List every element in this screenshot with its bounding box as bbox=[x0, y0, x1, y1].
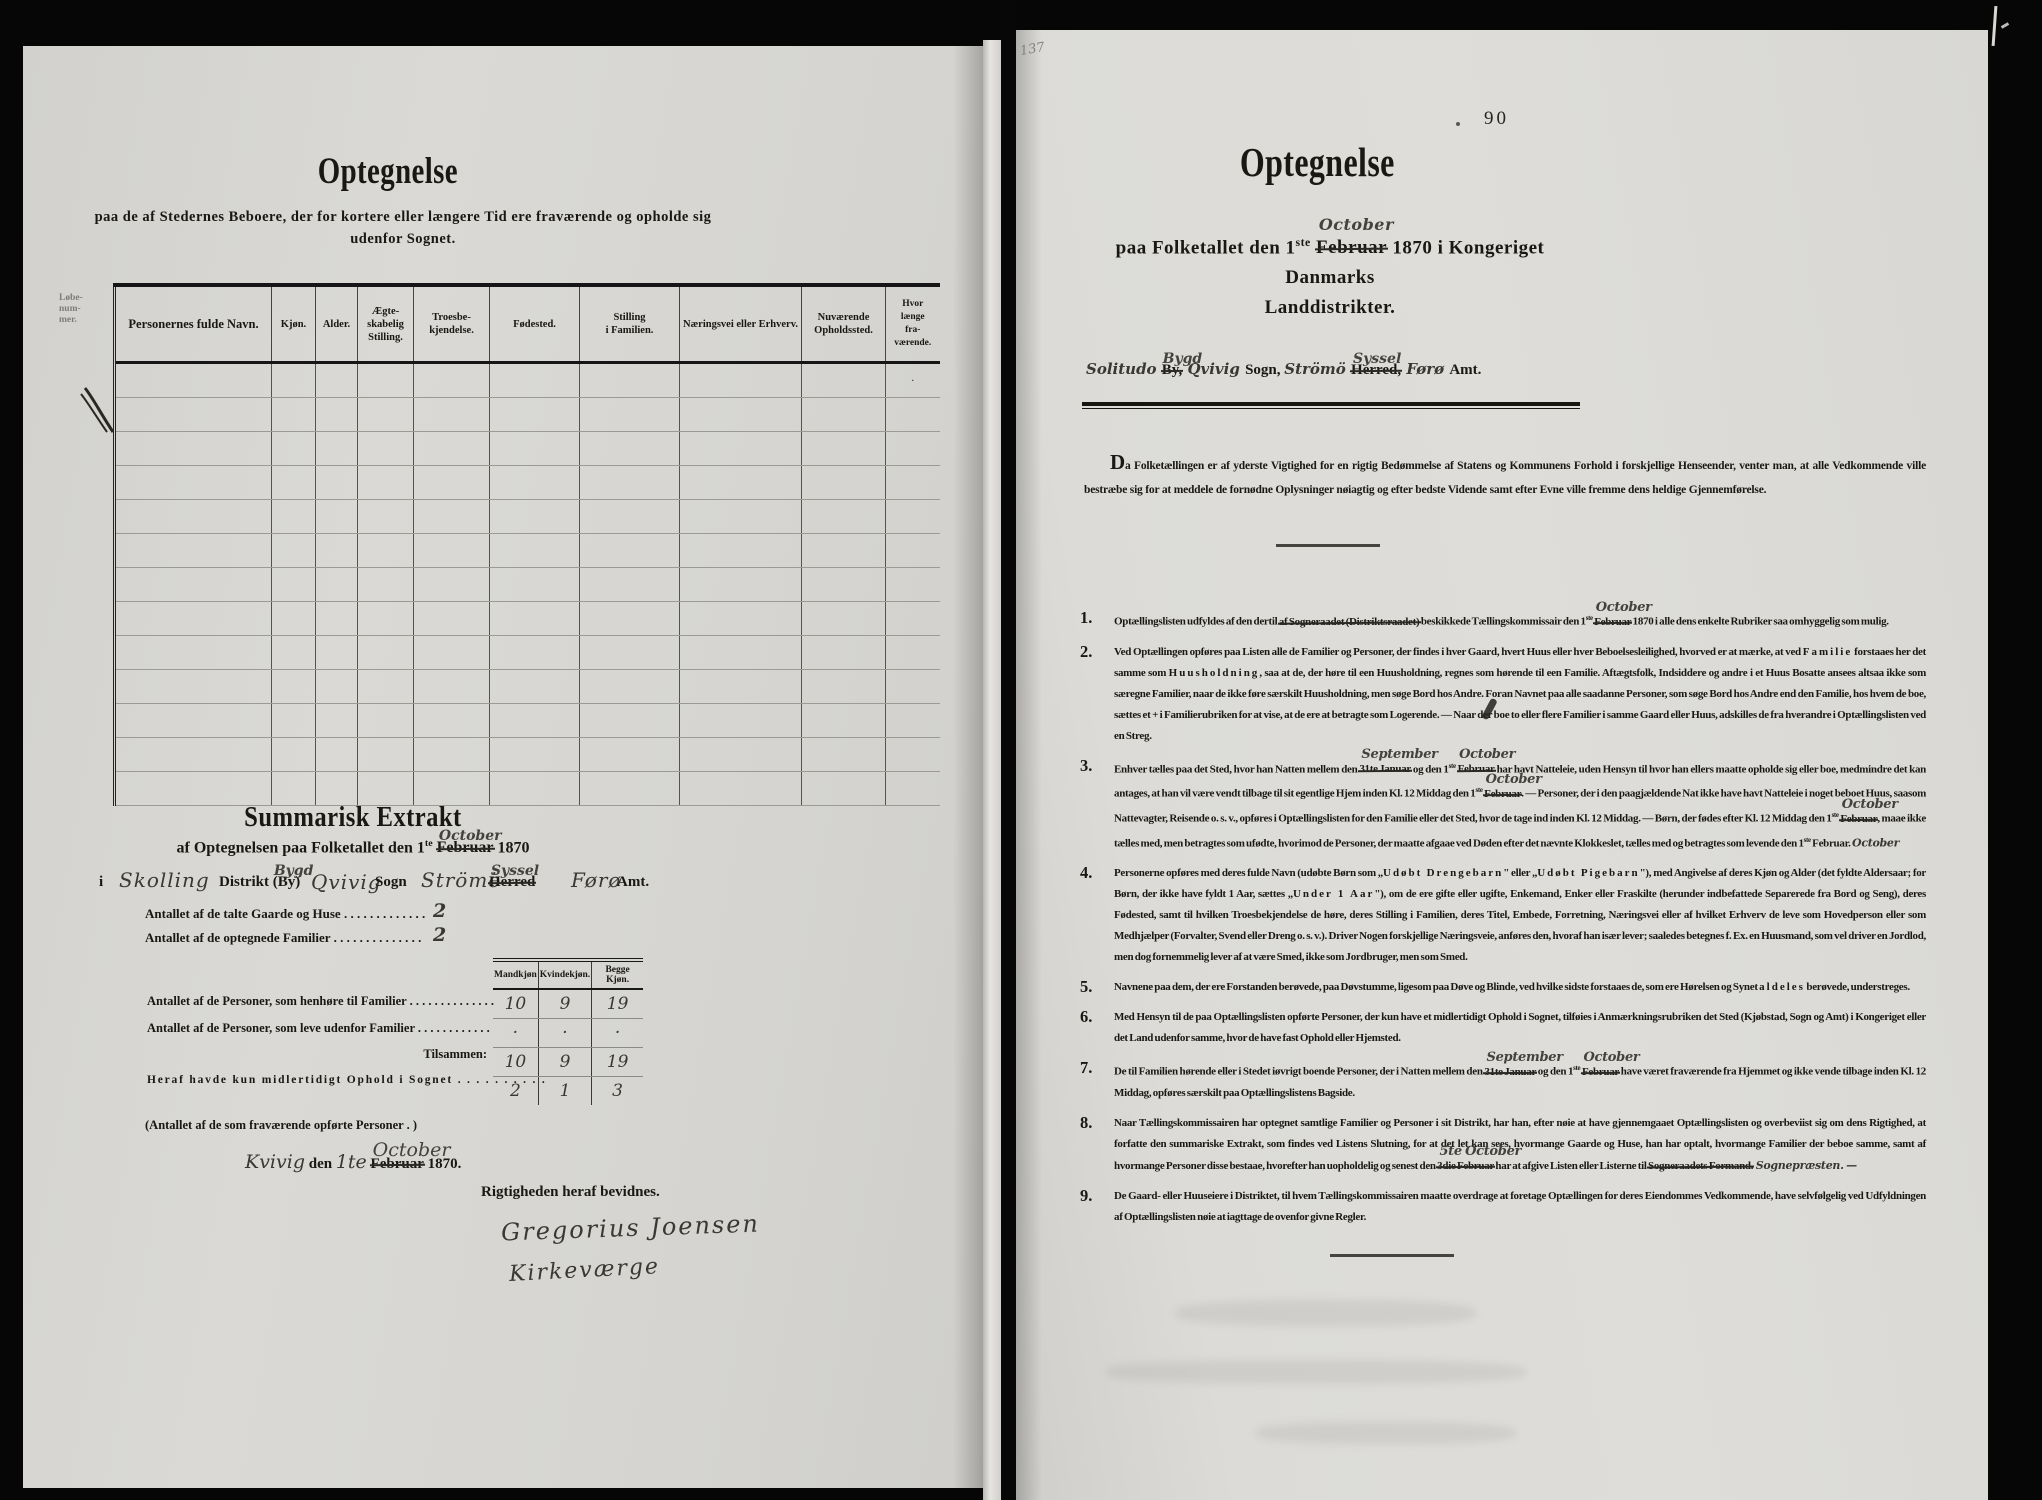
col-header-family-position: Stilling i Familien. bbox=[580, 285, 680, 363]
col-header-occupation: Næringsvei eller Erhverv. bbox=[680, 285, 802, 363]
instruction-item-6: 6. Med Hensyn til de paa Optællingsliste… bbox=[1080, 1007, 1926, 1049]
extract-subheading: af Optegnelsen paa Folketallet den 1te O… bbox=[118, 838, 588, 857]
summary-row-in-families: 10 9 19 bbox=[493, 989, 643, 1019]
row-number-column-header: Løbe- num- mer. bbox=[59, 293, 109, 326]
table-row bbox=[115, 704, 940, 738]
book-gutter bbox=[1001, 0, 1016, 1500]
margin-pen-mark bbox=[2001, 22, 2009, 29]
right-page: 137 90 Optegnelse paa Folketallet den 1s… bbox=[1016, 30, 1988, 1500]
page-number: 90 bbox=[1484, 108, 1509, 130]
scanned-census-spread: Optegnelse paa de af Stedernes Beboere, … bbox=[0, 0, 2042, 1500]
right-page-title: Optegnelse bbox=[1162, 138, 1472, 186]
absentees-table: Personernes fulde Navn. Kjøn. Alder. Ægt… bbox=[113, 283, 940, 806]
summary-label-total: Tilsammen: bbox=[353, 1047, 487, 1062]
summary-col-male: Mandkjøn bbox=[493, 960, 538, 989]
table-row bbox=[115, 398, 940, 432]
ghost-smudge bbox=[1256, 1422, 1516, 1444]
table-row bbox=[115, 602, 940, 636]
location-prefix: i bbox=[99, 874, 103, 891]
parish-handwritten: Qvivig bbox=[311, 870, 382, 894]
table-row bbox=[115, 500, 940, 534]
table-row bbox=[115, 738, 940, 772]
ink-scribble bbox=[79, 384, 119, 436]
table-row bbox=[115, 466, 940, 500]
left-page: Optegnelse paa de af Stedernes Beboere, … bbox=[23, 46, 983, 1488]
col-header-birthplace: Fødested. bbox=[490, 285, 580, 363]
count-line-families: Antallet af de optegnede Familier . . . … bbox=[145, 930, 645, 946]
summary-label-outside-families: Antallet af de Personer, som leve udenfo… bbox=[147, 1021, 490, 1036]
count-farms-value: 2 bbox=[433, 900, 446, 922]
summary-label-in-families: Antallet af de Personer, som henhøre til… bbox=[147, 994, 494, 1009]
left-page-subtitle: paa de af Stedernes Beboere, der for kor… bbox=[81, 206, 725, 250]
table-row bbox=[115, 636, 940, 670]
corner-handwritten-note: 137 bbox=[1019, 40, 1046, 59]
instruction-item-3: 3. Enhver tælles paa det Sted, hvor han … bbox=[1080, 756, 1926, 855]
page-edge bbox=[983, 40, 1001, 1500]
closing-rule bbox=[1330, 1254, 1454, 1257]
ghost-smudge bbox=[1176, 1300, 1476, 1326]
date-line: Kvivig den 1te OctoberFebruar 1870. bbox=[245, 1151, 461, 1173]
col-header-current-residence: Nuværende Opholdssted. bbox=[802, 285, 886, 363]
summary-label-temporary: Heraf havde kun midlertidigt Ophold i So… bbox=[147, 1074, 547, 1086]
summary-row-total: 10 9 19 bbox=[493, 1048, 643, 1077]
amt-handwritten: Førø bbox=[571, 868, 621, 892]
attestation-text: Rigtigheden heraf bevidnes. bbox=[481, 1184, 660, 1201]
parish-label: Sogn bbox=[375, 874, 407, 891]
amt-label: Amt. bbox=[617, 874, 649, 891]
col-header-age: Alder. bbox=[316, 285, 358, 363]
instruction-item-2: 2. Ved Optællingen opføres paa Listen al… bbox=[1080, 642, 1926, 747]
instruction-item-9: 9. De Gaard- eller Huuseiere i Distrikte… bbox=[1080, 1186, 1926, 1228]
left-page-title: Optegnelse bbox=[228, 150, 548, 193]
instruction-item-4: 4. Personerne opføres med deres fulde Na… bbox=[1080, 863, 1926, 968]
summary-row-outside-families: · · · bbox=[493, 1019, 643, 1048]
district-handwritten: Skolling bbox=[119, 868, 210, 892]
instruction-item-7: 7. De til Familien hørende eller i Stede… bbox=[1080, 1058, 1926, 1104]
table-row: · bbox=[115, 363, 940, 398]
summary-col-both: Begge Kjøn. bbox=[592, 960, 643, 989]
section-rule bbox=[1276, 544, 1380, 547]
ghost-smudge bbox=[1106, 1360, 1526, 1384]
instruction-item-5: 5. Navnene paa dem, der ere Forstanden b… bbox=[1080, 977, 1926, 998]
double-rule bbox=[1082, 402, 1580, 410]
signature-title: Kirkeværge bbox=[508, 1254, 660, 1287]
count-line-farms: Antallet af de talte Gaarde og Huse . . … bbox=[145, 906, 645, 922]
location-fill-line: Solitudo BygdBy, Qvivig Sogn, Strömö Sys… bbox=[1086, 360, 1606, 379]
signature-name: Gregorius Joensen bbox=[501, 1209, 761, 1246]
col-header-sex: Kjøn. bbox=[272, 285, 316, 363]
col-header-faith: Troesbe- kjendelse. bbox=[414, 285, 490, 363]
absentees-table-header: Personernes fulde Navn. Kjøn. Alder. Ægt… bbox=[115, 285, 940, 363]
margin-pen-mark bbox=[1992, 6, 1998, 46]
col-header-name: Personernes fulde Navn. bbox=[115, 285, 272, 363]
absentees-table-body: · bbox=[115, 363, 940, 806]
instructions-list: 1. Optællingslisten udfyldes af den dert… bbox=[1080, 608, 1926, 1257]
extract-location-line: i Skolling Distrikt Bygd(By) Qvivig Sogn… bbox=[23, 868, 983, 908]
stray-ink-dot: · bbox=[886, 363, 940, 398]
herred-label: SysselHerred bbox=[489, 874, 535, 891]
table-row bbox=[115, 670, 940, 704]
count-families-value: 2 bbox=[433, 924, 446, 946]
table-row bbox=[115, 534, 940, 568]
col-header-absence-duration: Hvor længe fra- værende. bbox=[886, 285, 940, 363]
right-page-subtitle: paa Folketallet den 1ste OctoberFebruar … bbox=[1080, 228, 1580, 323]
summary-col-female: Kvindekjøn. bbox=[538, 960, 591, 989]
ink-dot bbox=[1456, 122, 1460, 126]
col-header-marital: Ægte- skabelig Stilling. bbox=[358, 285, 414, 363]
instruction-item-8: 8. Naar Tællingskommissairen har optegne… bbox=[1080, 1113, 1926, 1177]
table-row bbox=[115, 568, 940, 602]
district-label: Distrikt Bygd(By) bbox=[219, 874, 300, 891]
intro-paragraph: Da Folketællingen er af yderste Vigtighe… bbox=[1084, 450, 1926, 502]
absent-persons-note: (Antallet af de som fraværende opførte P… bbox=[145, 1118, 417, 1133]
instruction-item-1: 1. Optællingslisten udfyldes af den dert… bbox=[1080, 608, 1926, 633]
table-row bbox=[115, 432, 940, 466]
